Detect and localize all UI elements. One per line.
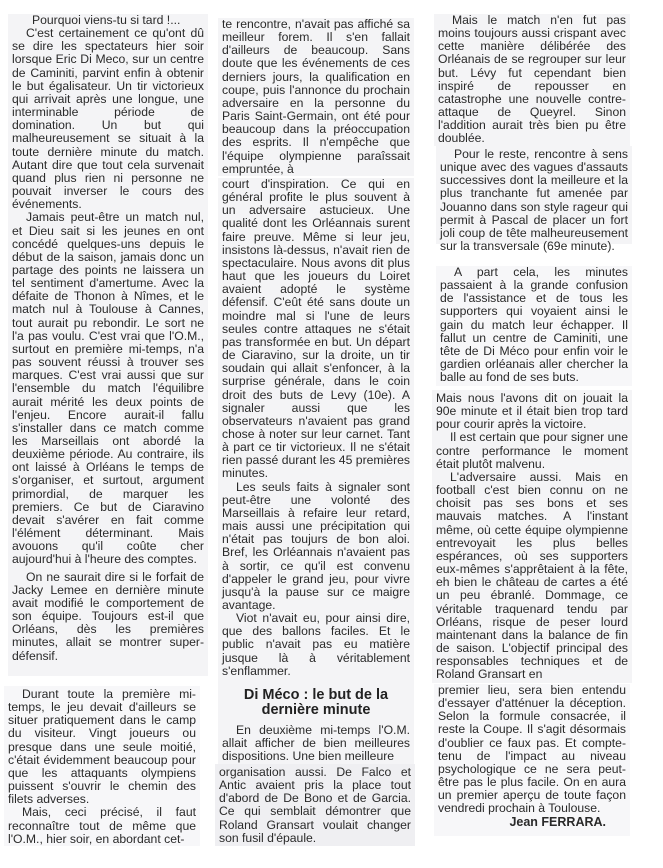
column-2-clip-2: court d'inspiration. Ce qui en général p… <box>218 178 414 766</box>
paragraph: Les seuls faits à signaler sont peut-êtr… <box>222 481 410 613</box>
paragraph: A part cela, les minutes passaient à la … <box>440 266 628 384</box>
paragraph: C'est certainement ce qu'ont dû se dire … <box>12 27 204 211</box>
paragraph: Il est certain que pour signer une contr… <box>436 431 628 470</box>
column-2-clip-3: organisation aussi. De Falco et Antic av… <box>215 764 415 846</box>
column-2-clip-1: te rencontre, n'avait pas affiché sa mei… <box>218 18 414 176</box>
column-3-clip-5: premier lieu, sera bien entendu d'essaye… <box>434 684 630 836</box>
paragraph: Jamais peut-être un match nul, et Dieu s… <box>12 211 204 566</box>
paragraph: Mais nous l'avons dit on jouait la 90e m… <box>436 392 628 431</box>
paragraph: court d'inspiration. Ce qui en général p… <box>222 178 410 481</box>
paragraph: te rencontre, n'avait pas affiché sa mei… <box>222 18 410 176</box>
paragraph: L'adversaire aussi. Mais en football c'e… <box>436 471 628 682</box>
column-3-clip-3: A part cela, les minutes passaient à la … <box>436 266 632 386</box>
paragraph: Mais, ceci précisé, il faut reconnaître … <box>8 806 196 845</box>
paragraph: Durant toute la première mi-temps, le je… <box>8 688 196 806</box>
paragraph: Mais le match n'en fut pas moins toujour… <box>438 14 626 146</box>
paragraph: premier lieu, sera bien entendu d'essaye… <box>438 684 626 816</box>
paragraph: On ne saurait dire si le forfait de Jack… <box>12 571 204 663</box>
column-3-clip-4: Mais nous l'avons dit on jouait la 90e m… <box>432 390 632 683</box>
paragraph: Viot n'avait eu, pour ainsi dire, que de… <box>222 612 410 678</box>
paragraph: Pour le reste, rencontre à sens unique a… <box>440 148 628 253</box>
column-1-clip-2: Durant toute la première mi-temps, le je… <box>4 686 200 846</box>
column-3-clip-1: Mais le match n'en fut pas moins toujour… <box>434 14 630 146</box>
author-signature: Jean FERRARA. <box>438 816 626 829</box>
paragraph: organisation aussi. De Falco et Antic av… <box>219 766 411 845</box>
paragraph: En deuxième mi-temps l'O.M. allait affic… <box>222 724 410 763</box>
section-headline: Di Méco : le but de la dernière minute <box>222 688 410 718</box>
column-1-clip-1: Pourquoi viens-tu si tard !... C'est cer… <box>8 14 208 676</box>
column-3-clip-2: Pour le reste, rencontre à sens unique a… <box>436 146 632 244</box>
